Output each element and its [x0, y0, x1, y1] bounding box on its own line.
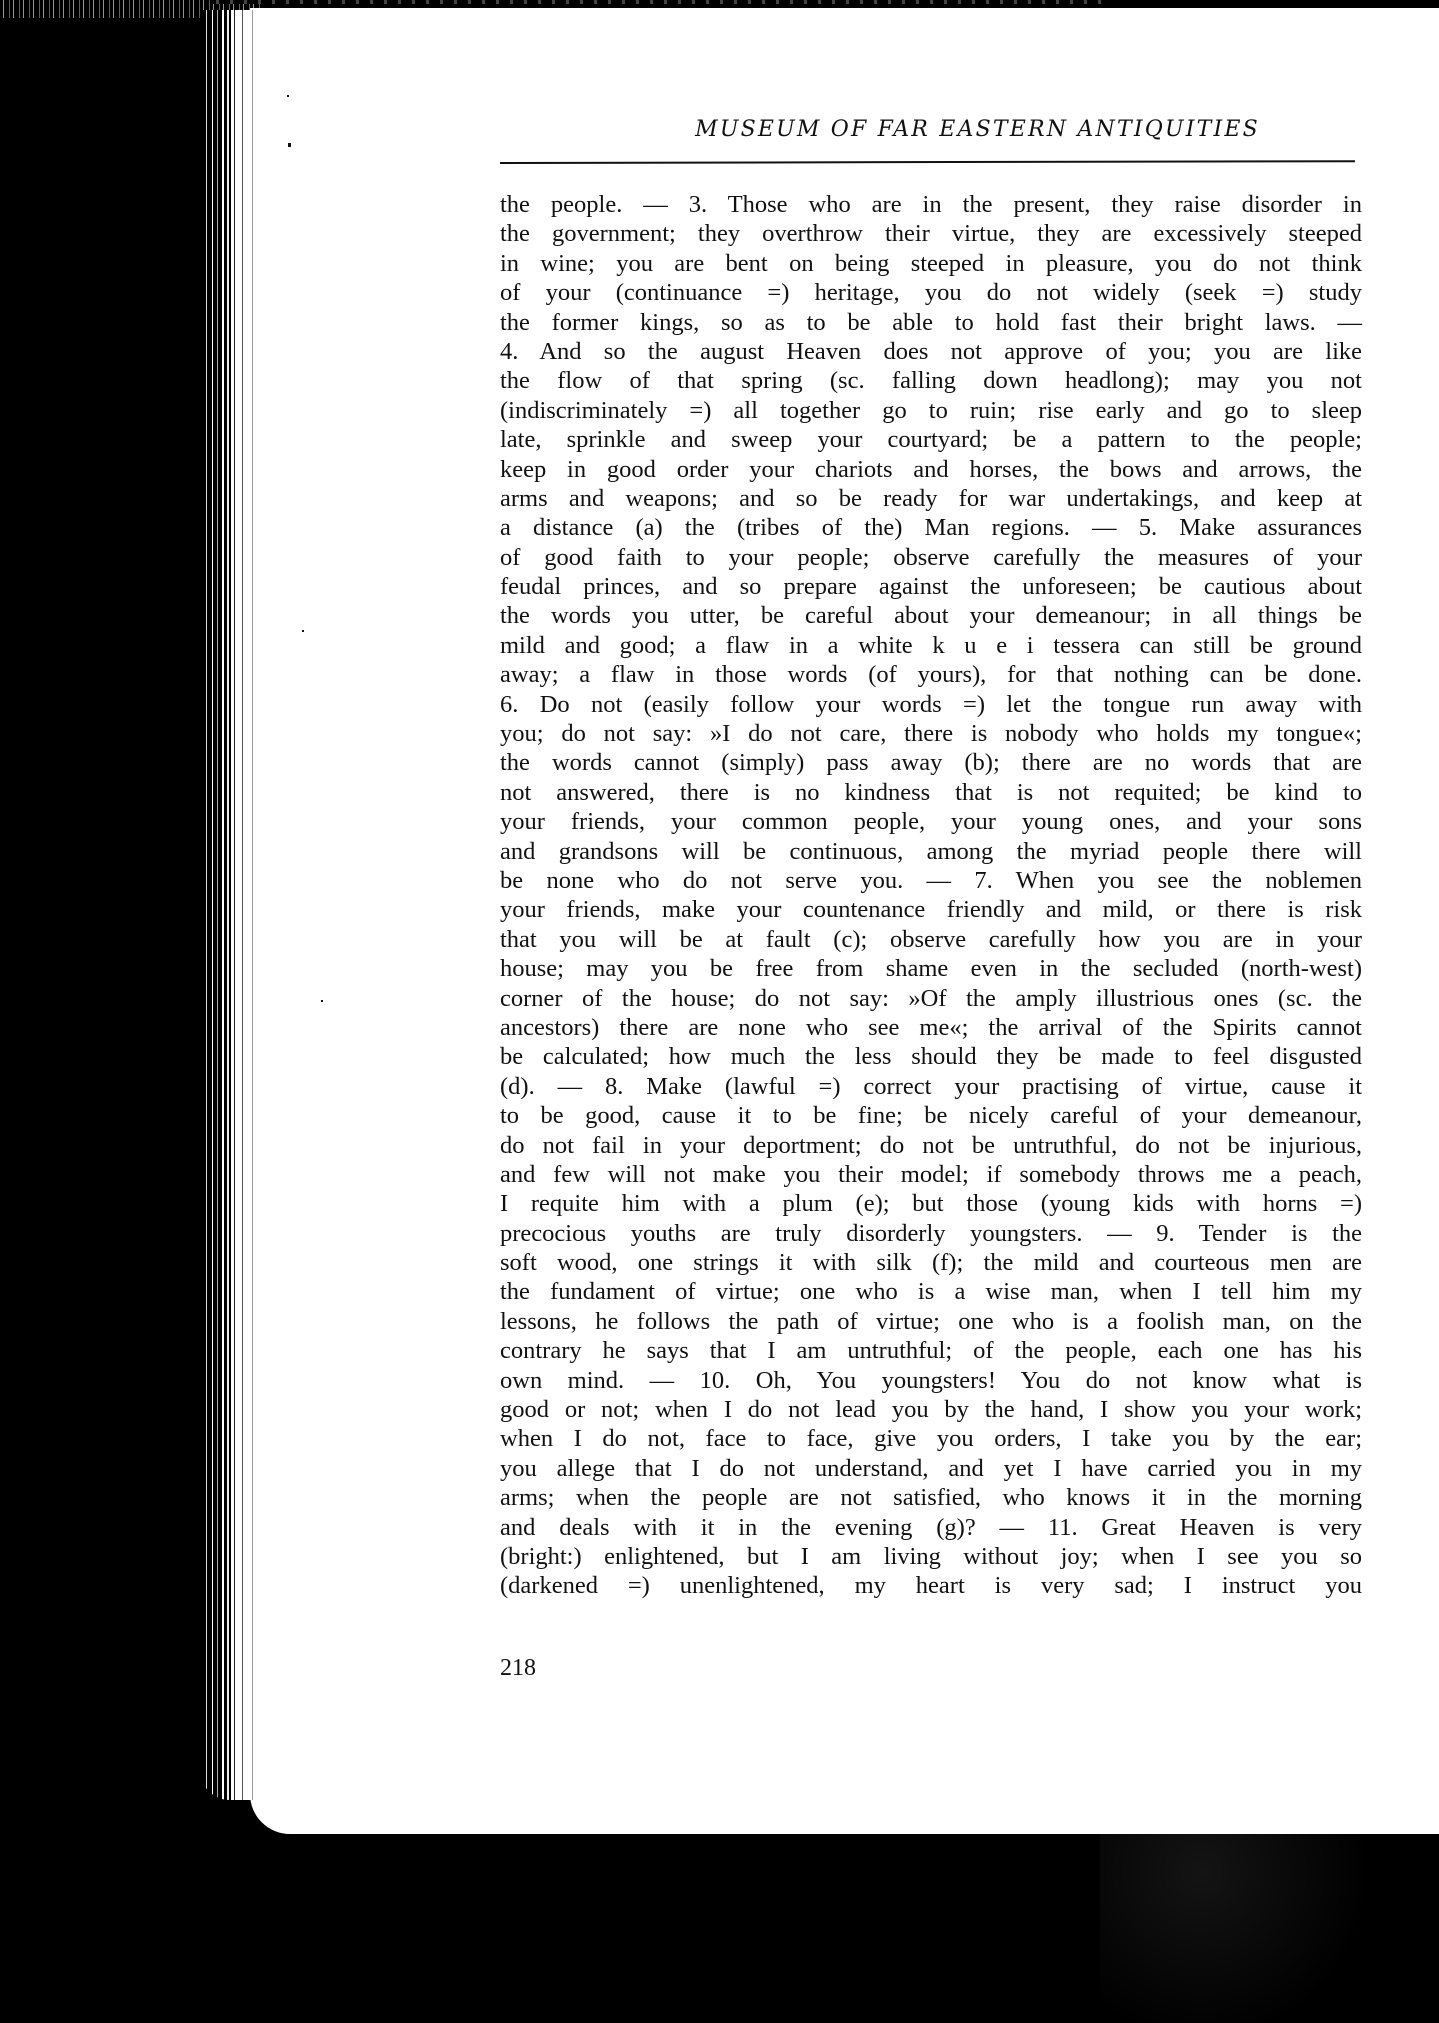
text-line: and few will not make you their model; i… [500, 1160, 1362, 1189]
running-header: MUSEUM OF FAR EASTERN ANTIQUITIES [500, 117, 1355, 142]
text-line: and grandsons will be continuous, among … [500, 837, 1362, 866]
text-line: not answered, there is no kindness that … [500, 778, 1362, 807]
text-line: of good faith to your people; observe ca… [500, 543, 1362, 572]
text-line: feudal princes, and so prepare against t… [500, 572, 1362, 601]
text-line: that you will be at fault (c); observe c… [500, 925, 1362, 954]
text-line: keep in good order your chariots and hor… [500, 455, 1362, 484]
text-line: precocious youths are truly disorderly y… [500, 1219, 1362, 1248]
scan-top-edge [210, 0, 1110, 4]
scan-speck [321, 1000, 323, 1002]
text-line: when I do not, face to face, give you or… [500, 1424, 1362, 1453]
text-line: be calculated; how much the less should … [500, 1042, 1362, 1071]
text-line: the people. — 3. Those who are in the pr… [500, 190, 1362, 219]
text-line: your friends, make your countenance frie… [500, 895, 1362, 924]
text-line: contrary he says that I am untruthful; o… [500, 1336, 1362, 1365]
text-line: lessons, he follows the path of virtue; … [500, 1307, 1362, 1336]
text-line: (d). — 8. Make (lawful =) correct your p… [500, 1072, 1362, 1101]
text-line: the words cannot (simply) pass away (b);… [500, 748, 1362, 777]
page-number: 218 [500, 1655, 536, 1682]
text-line: arms and weapons; and so be ready for wa… [500, 484, 1362, 513]
text-line: of your (continuance =) heritage, you do… [500, 278, 1362, 307]
text-line: a distance (a) the (tribes of the) Man r… [500, 513, 1362, 542]
book-binding-gutter [200, 10, 268, 1800]
text-line: good or not; when I do not lead you by t… [500, 1395, 1362, 1424]
text-line: 4. And so the august Heaven does not app… [500, 337, 1362, 366]
text-line: in wine; you are bent on being steeped i… [500, 249, 1362, 278]
body-text: the people. — 3. Those who are in the pr… [500, 190, 1362, 1601]
text-line: ancestors) there are none who see me«; t… [500, 1013, 1362, 1042]
text-line: (darkened =) unenlightened, my heart is … [500, 1571, 1362, 1600]
text-line: the words you utter, be careful about yo… [500, 601, 1362, 630]
text-line: do not fail in your deportment; do not b… [500, 1131, 1362, 1160]
text-line: you allege that I do not understand, and… [500, 1454, 1362, 1483]
text-line: I requite him with a plum (e); but those… [500, 1189, 1362, 1218]
text-line: (bright:) enlightened, but I am living w… [500, 1542, 1362, 1571]
text-line: the fundament of virtue; one who is a wi… [500, 1277, 1362, 1306]
text-line: the former kings, so as to be able to ho… [500, 308, 1362, 337]
text-line: you; do not say: »I do not care, there i… [500, 719, 1362, 748]
text-line: the government; they overthrow their vir… [500, 219, 1362, 248]
text-line: corner of the house; do not say: »Of the… [500, 984, 1362, 1013]
scan-background-noise [1100, 1834, 1439, 2023]
text-line: the flow of that spring (sc. falling dow… [500, 366, 1362, 395]
text-line: arms; when the people are not satisfied,… [500, 1483, 1362, 1512]
text-line: house; may you be free from shame even i… [500, 954, 1362, 983]
scan-speck [288, 143, 291, 147]
scan-speck [287, 95, 289, 97]
text-line: to be good, cause it to be fine; be nice… [500, 1101, 1362, 1130]
text-line: and deals with it in the evening (g)? — … [500, 1513, 1362, 1542]
text-line: (indiscriminately =) all together go to … [500, 396, 1362, 425]
text-line: mild and good; a flaw in a white k u e i… [500, 631, 1362, 660]
scan-speck [302, 630, 304, 632]
text-line: 6. Do not (easily follow your words =) l… [500, 690, 1362, 719]
text-line: your friends, your common people, your y… [500, 807, 1362, 836]
text-line: late, sprinkle and sweep your courtyard;… [500, 425, 1362, 454]
text-line: soft wood, one strings it with silk (f);… [500, 1248, 1362, 1277]
text-line: away; a flaw in those words (of yours), … [500, 660, 1362, 689]
text-line: be none who do not serve you. — 7. When … [500, 866, 1362, 895]
text-line: own mind. — 10. Oh, You youngsters! You … [500, 1366, 1362, 1395]
